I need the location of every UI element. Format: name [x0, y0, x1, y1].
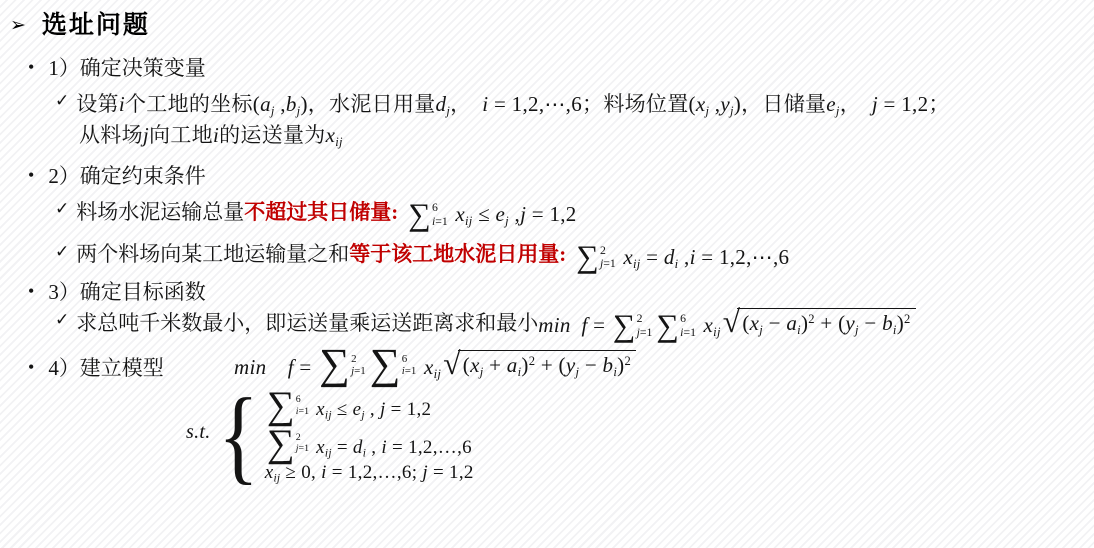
arrow-bullet-icon: ➢ — [10, 14, 26, 38]
constraint-list: ∑6i=1 xij ≤ ej , j = 1,2 ∑2j=1 xij = di … — [265, 385, 474, 486]
section-3-heading: • 3）确定目标函数 — [28, 279, 1094, 305]
decision-variable-definition: 设第i个工地的坐标(aj ,bj)，水泥日用量dj， i = 1,2,⋯,6；料… — [76, 91, 949, 117]
sum-symbol: ∑2j=1 — [267, 427, 309, 460]
model-constraint-2: ∑2j=1 xij = di , i = 1,2,…,6 — [265, 424, 474, 460]
model-block: min f = ∑2j=1∑6i=1 xij√(xj + ai)2 + (yj … — [186, 343, 636, 488]
dot-bullet-icon: • — [28, 280, 34, 303]
check-icon: ✓ — [55, 310, 69, 331]
objective-text: 求总吨千米数最小，即运送量乘运送距离求和最小 — [76, 310, 538, 336]
model-constraint-3: xij ≥ 0, i = 1,2,…,6; j = 1,2 — [265, 461, 474, 485]
sum-symbol: ∑6i=1 — [267, 389, 309, 422]
page-title: 选址问题 — [42, 10, 150, 41]
dot-bullet-icon: • — [28, 56, 34, 79]
subject-to-block: s.t. { ∑6i=1 xij ≤ ej , j = 1,2 ∑2j=1 xi… — [186, 383, 636, 489]
sqrt-symbol: √(xj + ai)2 + (yj − bi)2 — [443, 350, 636, 378]
sqrt-symbol: √(xj − ai)2 + (yj − bi)2 — [723, 308, 916, 336]
check-icon: ✓ — [55, 199, 69, 220]
left-brace: { — [218, 383, 259, 489]
sum-symbol: ∑6i=1 — [656, 311, 696, 341]
section-2-heading: • 2）确定约束条件 — [28, 163, 1094, 189]
objective-line: ✓ 求总吨千米数最小，即运送量乘运送距离求和最小 min f = ∑2j=1∑6… — [55, 307, 1094, 338]
model-constraint-1: ∑6i=1 xij ≤ ej , j = 1,2 — [265, 386, 474, 422]
slide: ➢ 选址问题 • 1）确定决策变量 ✓ 设第i个工地的坐标(aj ,bj)，水泥… — [0, 0, 1094, 548]
model-objective-formula: min f = ∑2j=1∑6i=1 xij√(xj + ai)2 + (yj … — [186, 343, 636, 380]
dot-bullet-icon: • — [28, 164, 34, 187]
constraint-2-line: ✓ 两个料场向某工地运输量之和等于该工地水泥日用量: ∑2j=1 xij = d… — [55, 239, 1094, 270]
section-4-heading-label: 4）建立模型 — [48, 355, 164, 381]
constraint-1-prefix: 料场水泥运输总量 — [76, 199, 244, 225]
section-2-heading-label: 2）确定约束条件 — [48, 163, 206, 189]
constraint-1-formula: ∑6i=1 xij ≤ ej ,j = 1,2 — [406, 196, 576, 227]
objective-formula: min f = ∑2j=1∑6i=1 xij√(xj − ai)2 + (yj … — [538, 307, 915, 338]
shipment-variable-definition: 从料场j向工地i的运送量为xij — [79, 123, 343, 147]
sum-symbol: ∑2j=1 — [613, 311, 653, 341]
constraint-2-prefix: 两个料场向某工地运输量之和 — [76, 241, 349, 267]
st-label-text: s.t. — [186, 421, 211, 443]
check-icon: ✓ — [55, 91, 69, 112]
section-1-line-2: 从料场j向工地i的运送量为xij — [79, 122, 1094, 148]
sum-symbol: ∑6i=1 — [408, 200, 448, 230]
constraint-1-highlight: 不超过其日储量: — [244, 199, 398, 225]
constraint-2-formula: ∑2j=1 xij = di ,i = 1,2,⋯,6 — [574, 239, 789, 270]
section-1-line-1: ✓ 设第i个工地的坐标(aj ,bj)，水泥日用量dj， i = 1,2,⋯,6… — [55, 91, 1094, 117]
slide-title-row: ➢ 选址问题 — [0, 0, 1094, 41]
dot-bullet-icon: • — [28, 356, 34, 379]
sum-symbol: ∑2j=1 — [319, 347, 366, 384]
check-icon: ✓ — [55, 242, 69, 263]
section-4: • 4）建立模型 min f = ∑2j=1∑6i=1 xij√(xj + ai… — [28, 343, 1094, 488]
sum-symbol: ∑6i=1 — [370, 347, 417, 384]
st-label: s.t. — [186, 420, 211, 451]
sum-symbol: ∑2j=1 — [576, 242, 616, 272]
constraint-1-line: ✓ 料场水泥运输总量不超过其日储量: ∑6i=1 xij ≤ ej ,j = 1… — [55, 196, 1094, 227]
constraint-2-highlight: 等于该工地水泥日用量: — [349, 241, 566, 267]
section-4-heading: • 4）建立模型 — [28, 343, 186, 381]
section-3-heading-label: 3）确定目标函数 — [48, 279, 206, 305]
section-1-heading: • 1）确定决策变量 — [28, 55, 1094, 81]
section-1-heading-label: 1）确定决策变量 — [48, 55, 206, 81]
